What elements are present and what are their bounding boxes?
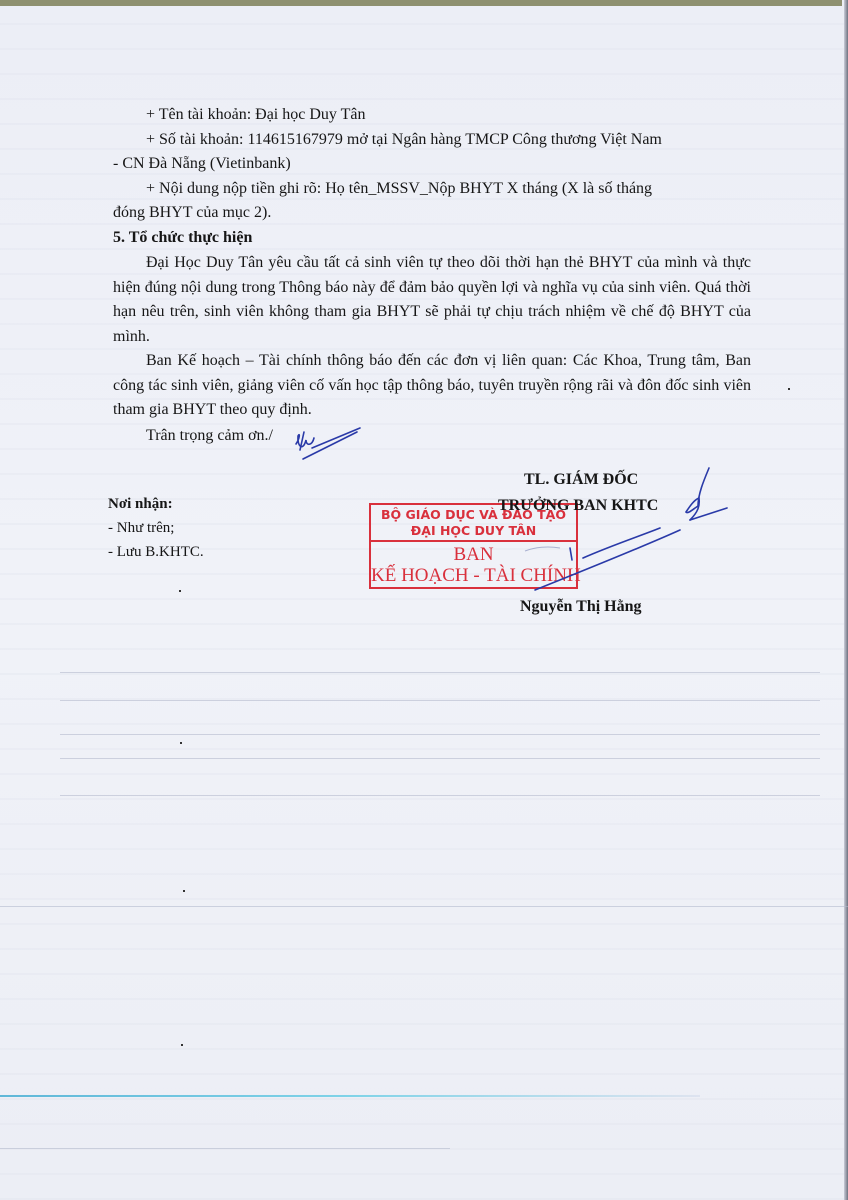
signer-title-line-1: TL. GIÁM ĐỐC bbox=[524, 468, 638, 492]
bleed-through-line bbox=[0, 906, 848, 907]
stamp-ban-line: BAN bbox=[371, 544, 576, 565]
paragraph-2-text: Ban Kế hoạch – Tài chính thông báo đến c… bbox=[113, 352, 751, 418]
scan-right-edge bbox=[844, 0, 848, 1200]
stamp-university-line: ĐẠI HỌC DUY TÂN bbox=[371, 523, 576, 539]
payment-content-line-2: đóng BHYT của mục 2). bbox=[113, 201, 271, 225]
scan-top-edge bbox=[0, 0, 842, 6]
account-number-line: + Số tài khoản: 114615167979 mở tại Ngân… bbox=[146, 128, 662, 152]
scan-artifact-line bbox=[0, 1095, 700, 1097]
bleed-through-line bbox=[0, 1148, 450, 1149]
section-5-paragraph-1: Đại Học Duy Tân yêu cầu tất cả sinh viên… bbox=[113, 251, 751, 349]
section-5-paragraph-2: Ban Kế hoạch – Tài chính thông báo đến c… bbox=[113, 349, 751, 423]
scan-speck bbox=[183, 890, 185, 892]
closing-line: Trân trọng cảm ơn./ bbox=[146, 424, 273, 448]
payment-content-line: + Nội dung nộp tiền ghi rõ: Họ tên_MSSV_… bbox=[146, 177, 652, 201]
paragraph-1-text: Đại Học Duy Tân yêu cầu tất cả sinh viên… bbox=[113, 254, 751, 345]
scan-speck bbox=[181, 1044, 183, 1046]
section-5-heading: 5. Tổ chức thực hiện bbox=[113, 226, 252, 250]
scan-speck bbox=[788, 388, 790, 390]
recipient-item: - Lưu B.KHTC. bbox=[108, 540, 204, 564]
scan-speck bbox=[179, 590, 181, 592]
bleed-through-line bbox=[60, 734, 820, 735]
scan-speck bbox=[180, 742, 182, 744]
bleed-through-line bbox=[60, 795, 820, 796]
recipient-item: - Như trên; bbox=[108, 516, 174, 540]
signer-title-line-2: TRƯỞNG BAN KHTC bbox=[498, 494, 658, 518]
recipients-heading: Nơi nhận: bbox=[108, 492, 173, 516]
bleed-through-line bbox=[60, 758, 820, 759]
bleed-through-line bbox=[60, 672, 820, 673]
account-branch-line: - CN Đà Nẵng (Vietinbank) bbox=[113, 152, 291, 176]
stamp-body: BAN KẾ HOẠCH - TÀI CHÍNH bbox=[371, 542, 576, 586]
stamp-department-line: KẾ HOẠCH - TÀI CHÍNH bbox=[371, 565, 576, 586]
bleed-through-line bbox=[60, 700, 820, 701]
signer-name: Nguyễn Thị Hằng bbox=[520, 595, 642, 619]
account-name-line: + Tên tài khoản: Đại học Duy Tân bbox=[146, 103, 366, 127]
